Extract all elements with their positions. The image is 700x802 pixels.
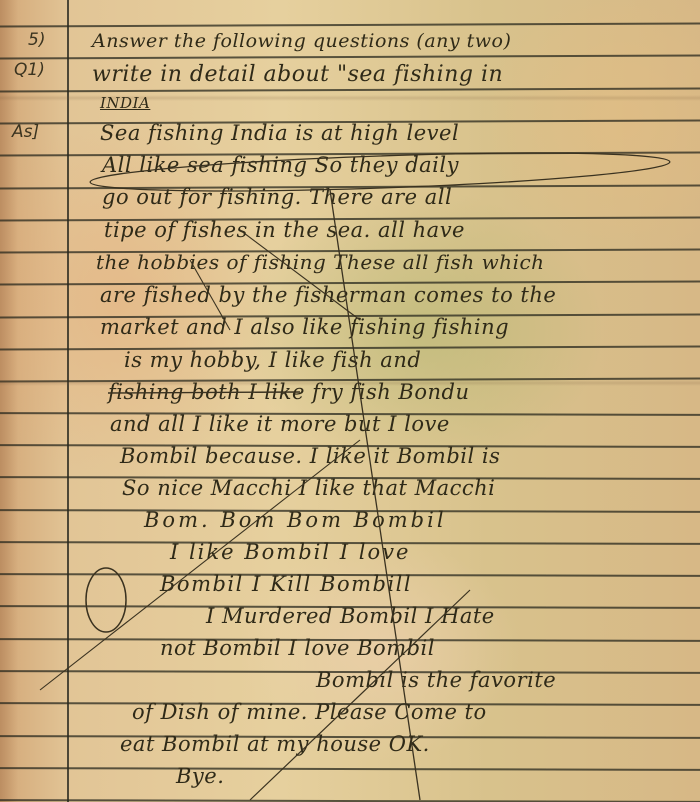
strike-through xyxy=(108,392,300,393)
zero-score-mark xyxy=(86,568,126,632)
cross-stroke xyxy=(250,590,470,800)
answer-sheet: 5) Q1) As] Answer the following question… xyxy=(0,0,700,802)
cross-stroke xyxy=(40,440,360,690)
cross-stroke xyxy=(330,190,420,800)
cross-stroke xyxy=(190,260,230,330)
oval-mark xyxy=(90,146,671,198)
grading-marks xyxy=(0,0,700,802)
